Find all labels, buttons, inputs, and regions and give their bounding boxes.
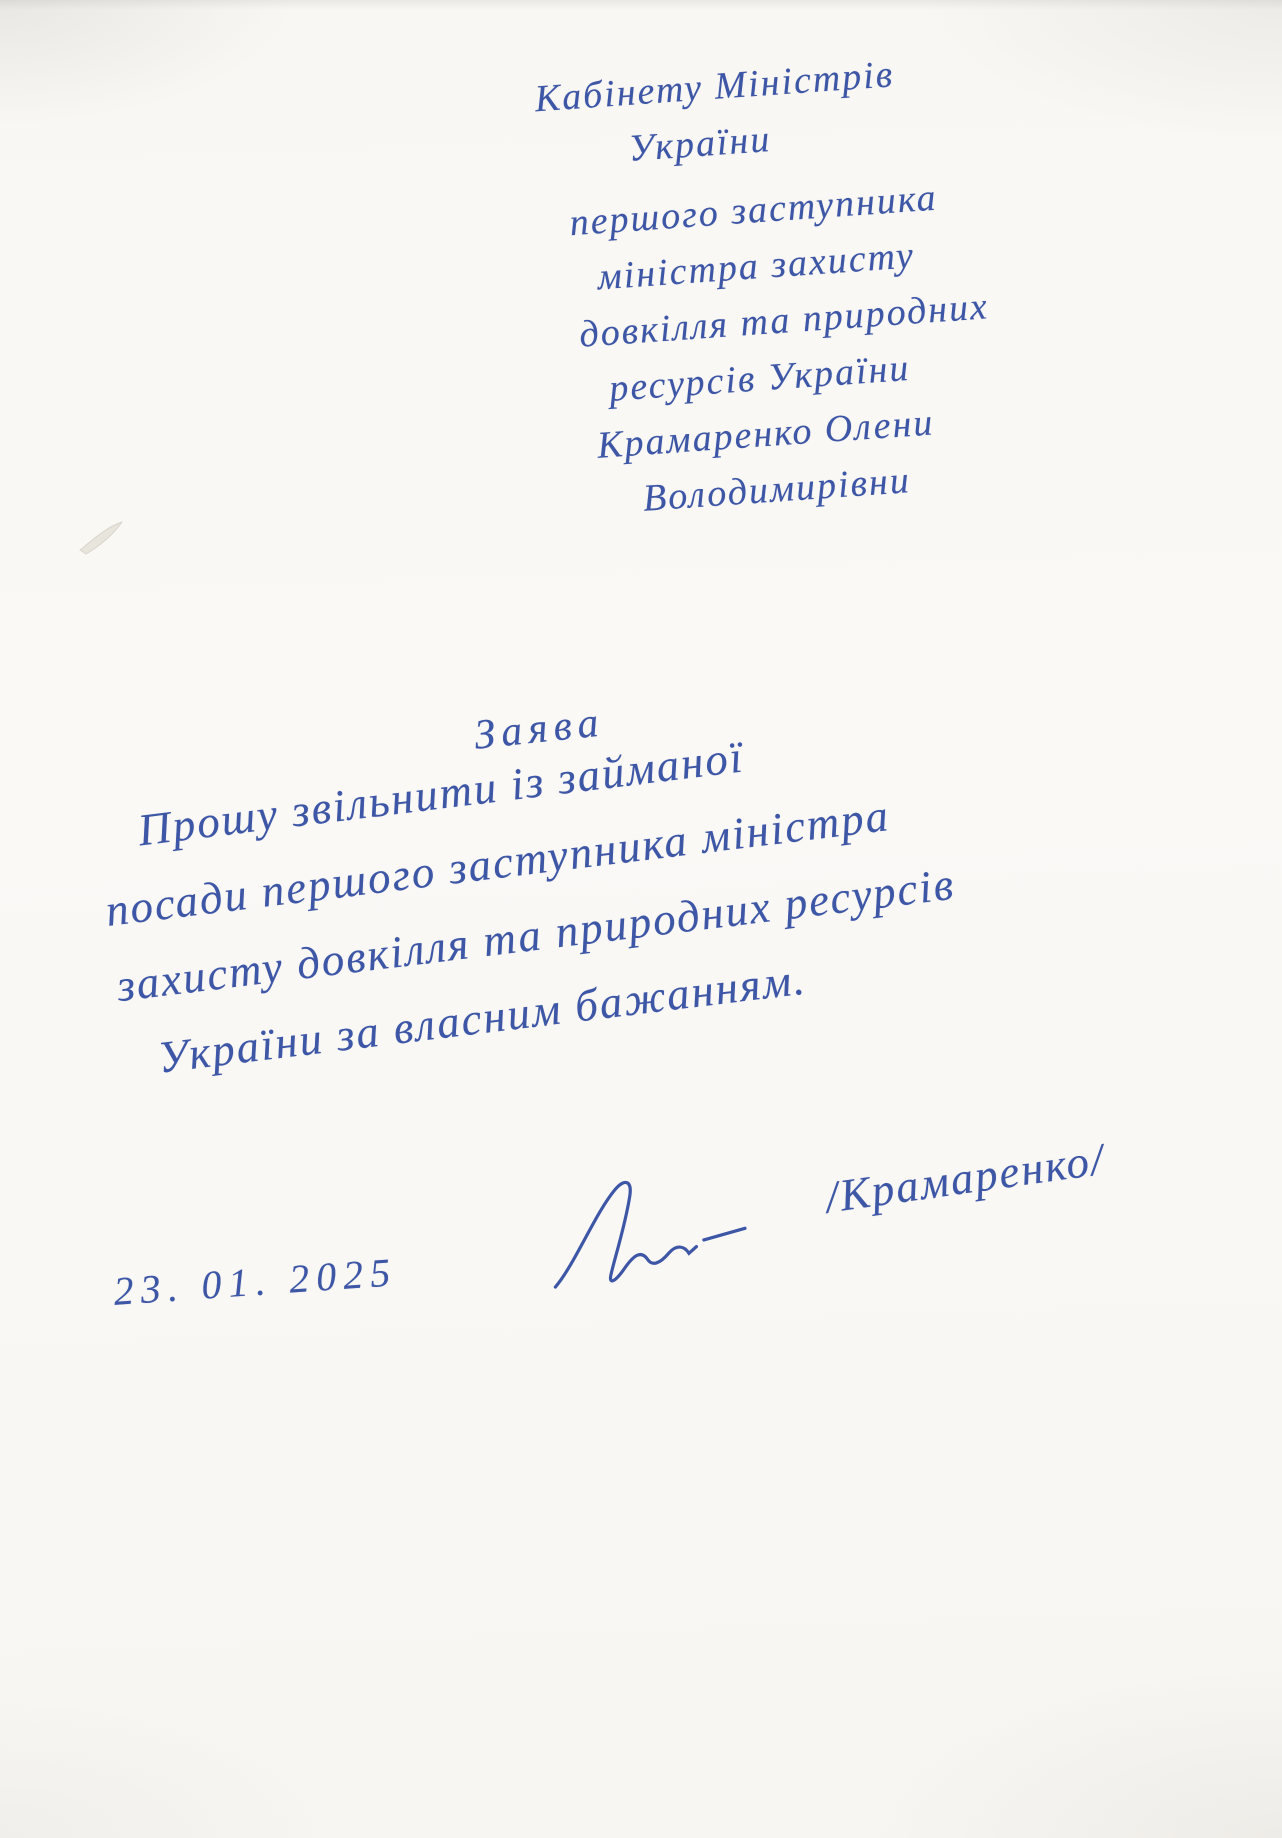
addressee-block: Кабінету Міністрів України першого засту… (525, 32, 1136, 533)
body-paragraph: Прошу звільнити із займаної посади першо… (92, 654, 1282, 1100)
date: 23. 01. 2025 (112, 1248, 399, 1315)
scanned-letter-page: Кабінету Міністрів України першого засту… (0, 0, 1282, 1838)
scan-edge-shadow (0, 0, 1282, 10)
signature-stroke-icon (540, 1158, 800, 1309)
signature-name: /Крамаренко/ (822, 1133, 1108, 1224)
paper-crease-mark (78, 512, 138, 562)
